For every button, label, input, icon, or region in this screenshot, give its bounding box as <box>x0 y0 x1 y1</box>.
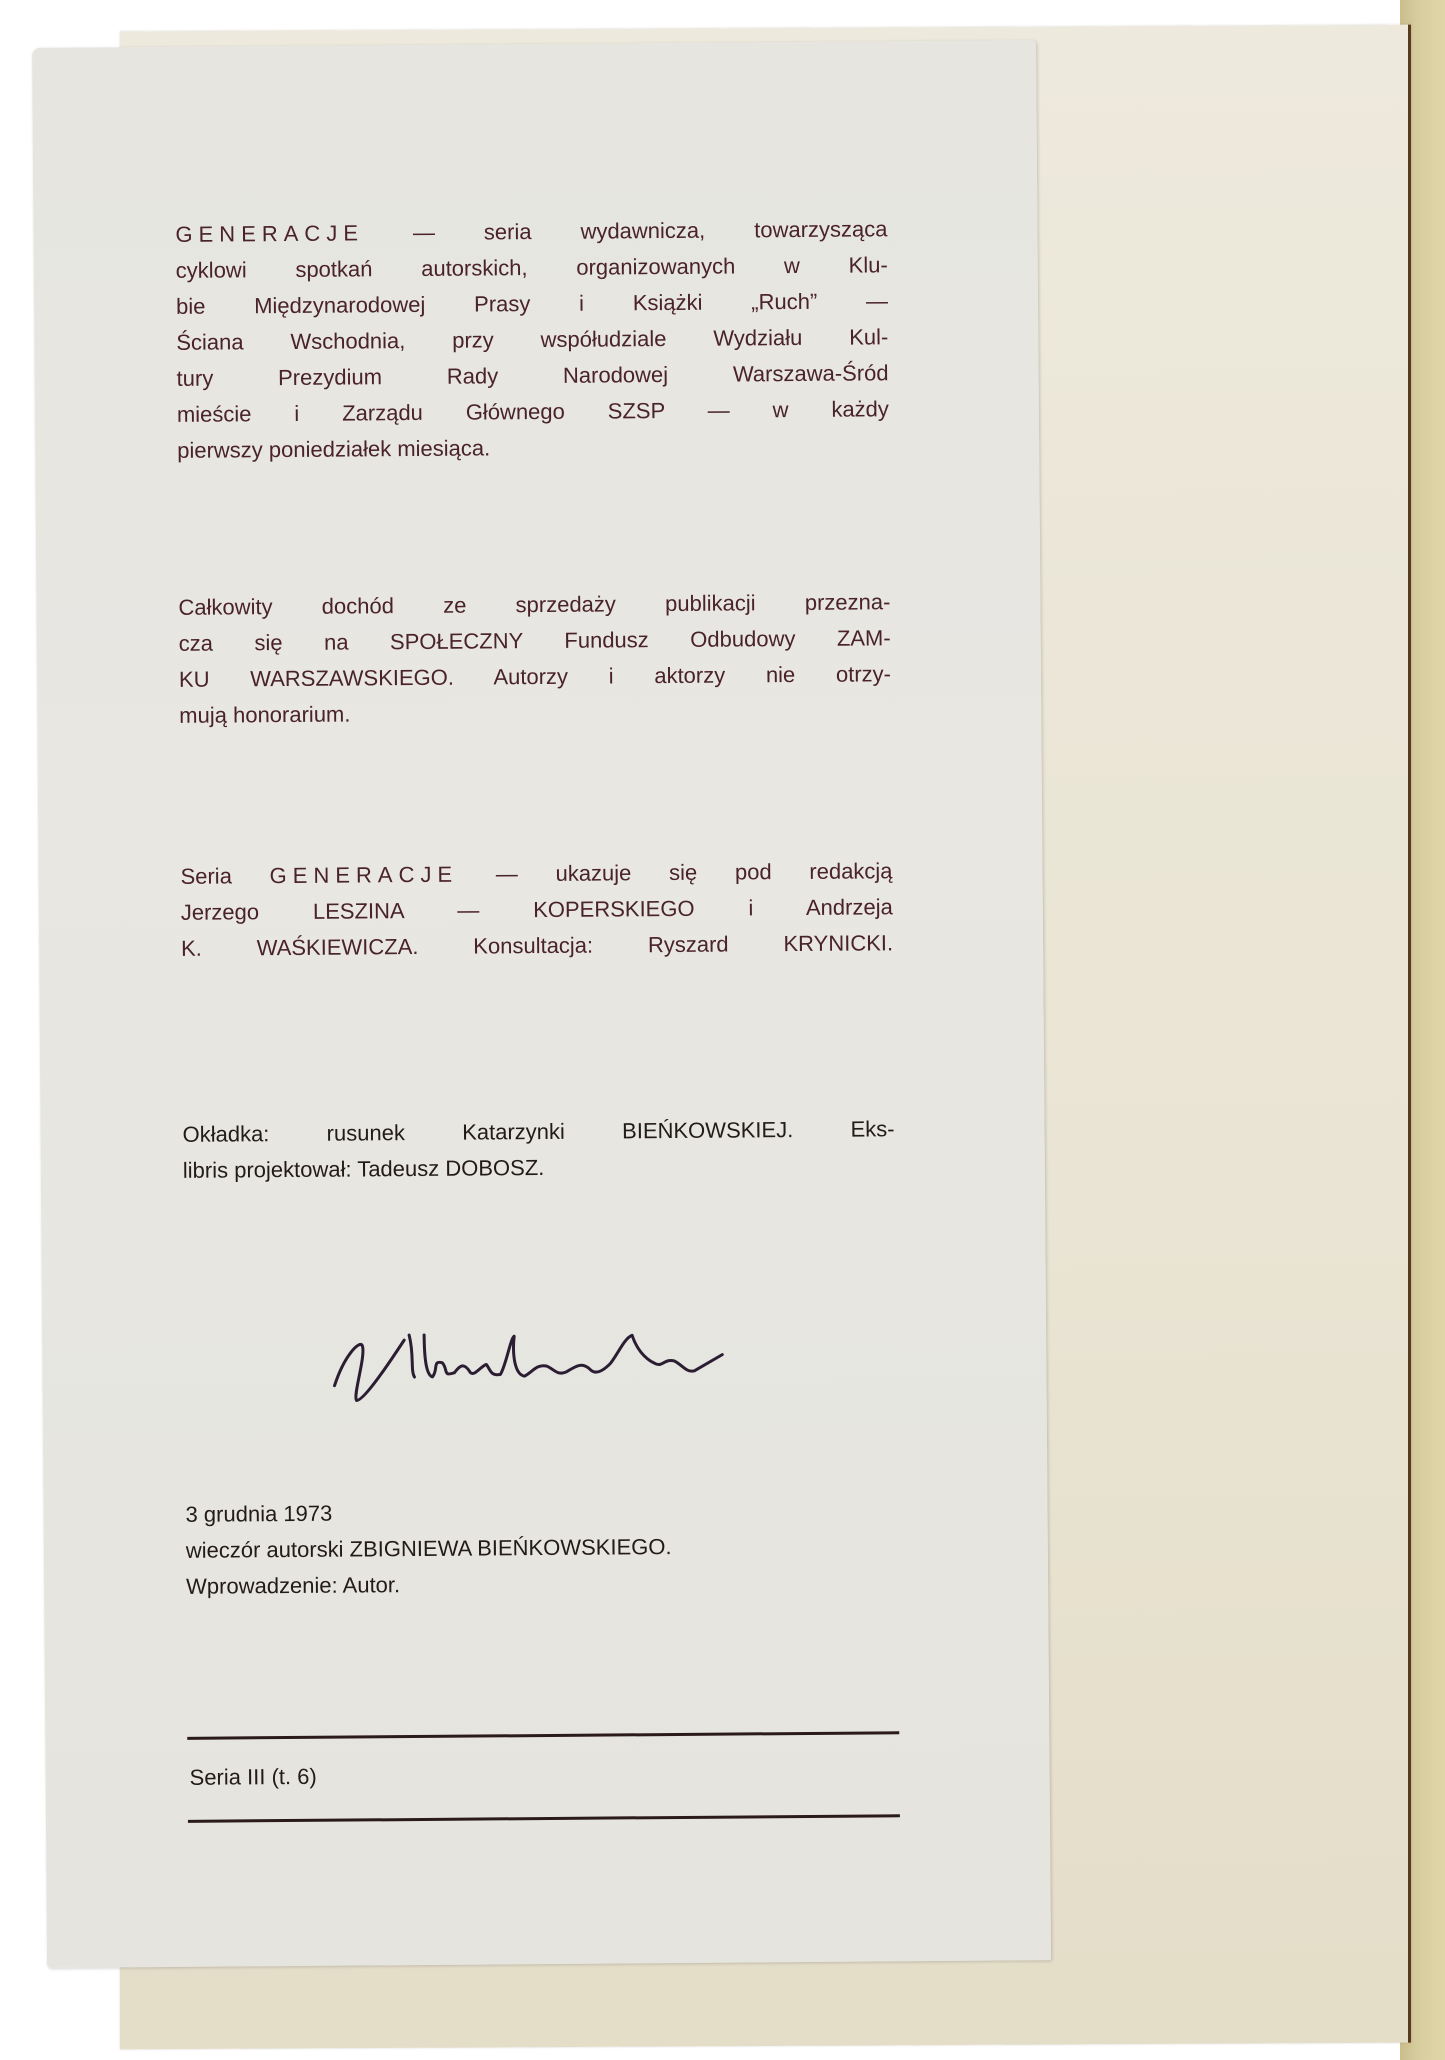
event-date: 3 grudnia 1973 <box>185 1491 897 1533</box>
printed-insert-sheet: GENERACJE — seria wydawnicza, towarzyszą… <box>32 40 1051 1968</box>
proceeds-paragraph: Całkowity dochód ze sprzedaży publikacji… <box>178 584 891 734</box>
event-introduction: Wprowadzenie: Autor. <box>186 1563 898 1605</box>
series-title: GENERACJE <box>175 220 364 246</box>
series-number-box: Seria III (t. 6) <box>187 1731 900 1823</box>
event-info-paragraph: 3 grudnia 1973 wieczór autorski ZBIGNIEW… <box>185 1491 898 1605</box>
series-title: GENERACJE <box>270 862 459 888</box>
cover-credits-paragraph: Okładka: rusunek Katarzynki BIEŃKOWSKIEJ… <box>182 1111 895 1189</box>
series-description-paragraph: GENERACJE — seria wydawnicza, towarzyszą… <box>175 211 889 469</box>
series-number-label: Seria III (t. 6) <box>187 1734 900 1820</box>
event-title: wieczór autorski ZBIGNIEWA BIEŃKOWSKIEGO… <box>186 1527 898 1569</box>
editors-paragraph: Seria GENERACJE — ukazuje się pod redakc… <box>180 853 893 967</box>
handwritten-signature <box>314 1312 795 1426</box>
